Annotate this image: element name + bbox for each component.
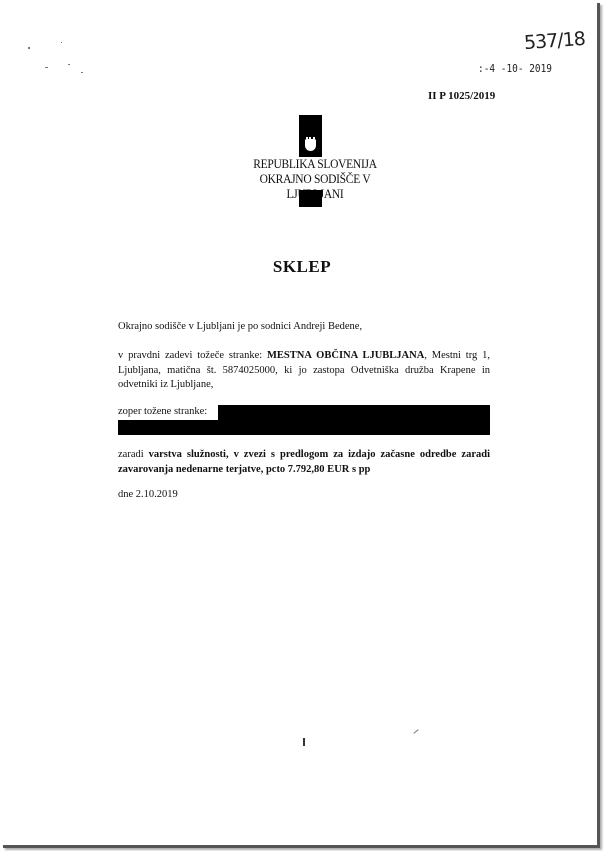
pen-mark xyxy=(413,729,418,734)
plaintiff-prefix: v pravdni zadevi tožeče stranke: xyxy=(118,350,267,361)
crest-stars-icon xyxy=(306,137,315,142)
scan-speck xyxy=(61,42,62,43)
scan-speck xyxy=(68,64,70,65)
emblem-bar-bottom xyxy=(299,190,322,207)
handwritten-file-number: 537/18 xyxy=(523,28,585,54)
scan-speck xyxy=(45,67,48,68)
scan-speck xyxy=(28,47,30,49)
emblem-line-republic: REPUBLIKA SLOVENIJA xyxy=(246,157,384,172)
redaction-box xyxy=(118,420,490,435)
subject-text: varstva služnosti, v zvezi s predlogom z… xyxy=(118,449,490,475)
decision-date: dne 2.10.2019 xyxy=(118,488,490,503)
document-page: 537/18 :-4 -10- 2019 II P 1025/2019 REPU… xyxy=(0,0,597,845)
defendant-label: zoper tožene stranke: xyxy=(118,406,207,417)
subject-paragraph: zaradi varstva služnosti, v zvezi s pred… xyxy=(118,448,490,477)
received-date-stamp: :-4 -10- 2019 xyxy=(478,63,552,75)
subject-prefix: zaradi xyxy=(118,449,149,460)
page-marker xyxy=(303,738,305,746)
redaction-box xyxy=(218,405,490,421)
plaintiff-name: MESTNA OBČINA LJUBLJANA xyxy=(267,350,424,361)
plaintiff-paragraph: v pravdni zadevi tožeče stranke: MESTNA … xyxy=(118,349,490,393)
document-title: SKLEP xyxy=(0,257,604,277)
scan-speck xyxy=(81,72,83,73)
case-number: II P 1025/2019 xyxy=(428,90,495,102)
intro-paragraph: Okrajno sodišče v Ljubljani je po sodnic… xyxy=(118,320,490,335)
